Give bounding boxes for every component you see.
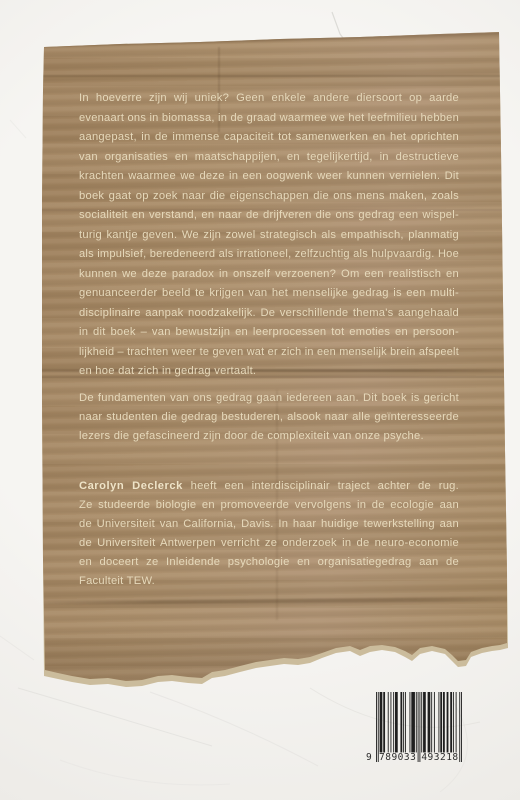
text-line: turig kantje geven. We zijn zowel strate… bbox=[79, 226, 459, 246]
text-line: en hoe dat zich in gedrag vertaalt. bbox=[79, 362, 459, 382]
blurb-paragraph-2: De fundamenten van ons gedrag gaan ieder… bbox=[79, 389, 459, 446]
text-line: krachten waarmee we deze in een oogwenk … bbox=[79, 167, 459, 187]
text-line: naar studenten die gedrag bestuderen, al… bbox=[79, 408, 459, 427]
text-line: als impulsief, beredeneerd als irratione… bbox=[79, 245, 455, 265]
text-line: kunnen we deze paradox in onszelf verzoe… bbox=[79, 265, 459, 285]
text-line: socialiteit en verstand, en naar de drij… bbox=[79, 206, 459, 226]
author-bio-block: Carolyn Declerck heeft een interdiscipli… bbox=[79, 477, 459, 592]
barcode-digit-9: 9 bbox=[366, 752, 372, 763]
barcode-digits-group1: 789033 bbox=[379, 752, 416, 763]
text-line: lezers die gefascineerd zijn door de com… bbox=[79, 427, 459, 446]
text-line: aangepast, in de immense capaciteit tot … bbox=[79, 128, 459, 148]
text-line: De fundamenten van ons gedrag gaan ieder… bbox=[79, 389, 459, 408]
text-line: en doceert ze Inleidende psychologie en … bbox=[79, 553, 459, 572]
barcode-digits-group2: 493218 bbox=[421, 752, 459, 763]
text-line: de Universiteit Antwerpen verricht ze on… bbox=[79, 534, 459, 553]
text-line: boek gaat op zoek naar die eigenschappen… bbox=[79, 187, 459, 207]
text-line: in dit boek – van bewustzijn en leerproc… bbox=[79, 323, 459, 343]
cardboard-crease bbox=[40, 597, 510, 605]
cardboard-crease bbox=[40, 75, 510, 77]
text-line: In hoeverre zijn wij uniek? Geen enkele … bbox=[79, 89, 459, 109]
blurb-paragraph-1: In hoeverre zijn wij uniek? Geen enkele … bbox=[79, 89, 459, 382]
barcode: 9 789033 493218 bbox=[366, 692, 464, 766]
text-line: van organisaties en maatschappijen, en t… bbox=[79, 148, 459, 168]
text-line: disciplinaire aanpak noodzakelijk. De ve… bbox=[79, 304, 459, 324]
text-line: Ze studeerde biologie en promoveerde ver… bbox=[79, 496, 459, 515]
text-line: lijkheid – trachten weer te geven wat er… bbox=[79, 343, 449, 363]
text-line: Carolyn Declerck heeft een interdiscipli… bbox=[79, 477, 459, 496]
text-line: Faculteit TEW. bbox=[79, 572, 459, 591]
text-line: evenaart ons in biomassa, in de graad wa… bbox=[79, 109, 456, 129]
text-line: de Universiteit van California, Davis. I… bbox=[79, 515, 459, 534]
text-line: genuanceerder beeld te krijgen van het m… bbox=[79, 284, 459, 304]
book-back-cover: In hoeverre zijn wij uniek? Geen enkele … bbox=[0, 0, 520, 800]
